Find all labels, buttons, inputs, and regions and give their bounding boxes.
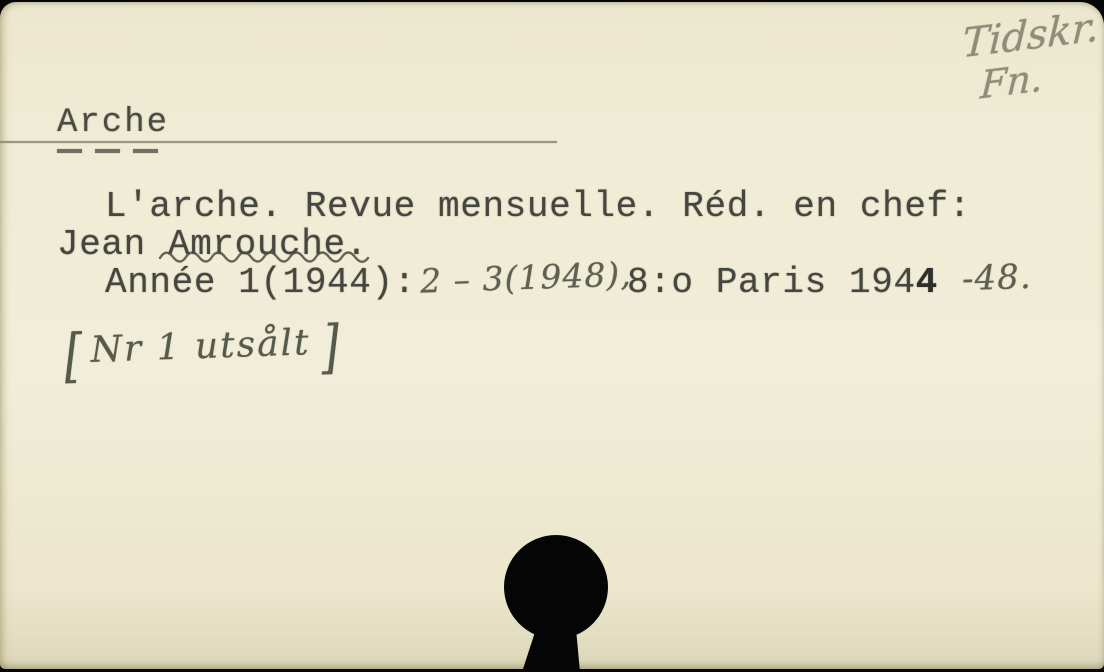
pencil-classification-note: Tidskr. Fn. (959, 7, 1100, 107)
keyhole-punch-hole (498, 531, 622, 672)
holdings-place-text: 8:o Paris 194 (627, 262, 916, 303)
handwritten-annotation: [ Nr 1 utsålt ] (61, 317, 342, 385)
annotation-close-bracket: ] (320, 317, 340, 376)
holdings-typed-start: Année 1(1944): (105, 262, 416, 303)
body-line-title-statement: L'arche. Revue mensuelle. Réd. en chef: (105, 186, 971, 227)
typed-underscore-dash (57, 149, 82, 153)
card-heading-title: Arche (57, 104, 169, 142)
annotation-text: Nr 1 utsålt (84, 321, 320, 380)
holdings-typed-digit: 4 (916, 262, 938, 303)
typed-underscore-dash (133, 149, 158, 153)
holdings-handwritten-insert: 2 – 3(1948), (419, 254, 632, 300)
catalog-card-scan: Tidskr. Fn. Arche L'arche. Revue mensuel… (0, 0, 1104, 672)
heading-underline-rule (0, 141, 557, 143)
holdings-typed-place: 8:o Paris 1944 (627, 262, 938, 303)
holdings-handwritten-end: -48. (961, 257, 1032, 299)
typed-underscore-dash (95, 149, 120, 153)
annotation-open-bracket: [ (63, 326, 83, 385)
